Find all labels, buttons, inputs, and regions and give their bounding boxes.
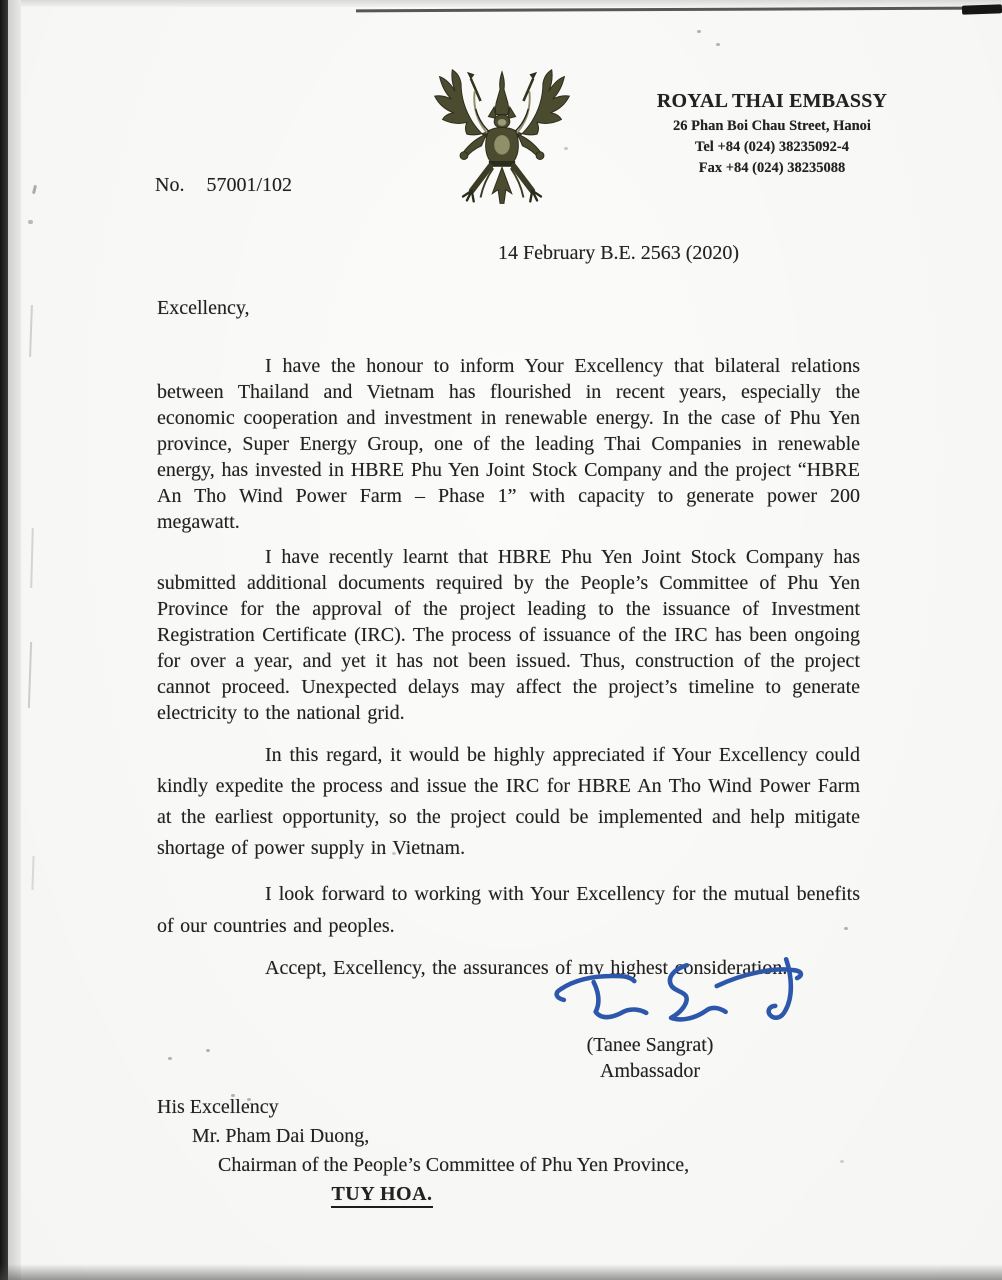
scan-artifact bbox=[247, 1098, 251, 1101]
scan-artifact-blob bbox=[962, 4, 1002, 14]
recipient-name: Mr. Pham Dai Duong, bbox=[192, 1125, 797, 1148]
scan-artifact bbox=[716, 43, 720, 46]
recipient-block: His Excellency Mr. Pham Dai Duong, Chair… bbox=[157, 1096, 797, 1206]
scan-artifact bbox=[231, 1094, 235, 1097]
salutation: Excellency, bbox=[157, 295, 250, 321]
scan-edge-top bbox=[0, 0, 1002, 7]
scanned-letter: ROYAL THAI EMBASSY 26 Phan Boi Chau Stre… bbox=[0, 0, 1002, 1280]
scan-artifact bbox=[844, 927, 848, 930]
scan-artifact bbox=[168, 1057, 172, 1060]
body-paragraph-2: I have recently learnt that HBRE Phu Yen… bbox=[157, 544, 860, 726]
embassy-fax: Fax +84 (024) 38235088 bbox=[647, 158, 897, 179]
scan-edge-left-gray bbox=[8, 0, 21, 1280]
reference-label: No. bbox=[155, 174, 184, 196]
reference-line: No.57001/102 bbox=[155, 172, 292, 198]
scan-artifact bbox=[840, 1160, 844, 1163]
signatory-name: (Tanee Sangrat) bbox=[540, 1032, 760, 1058]
body-paragraph-4: I look forward to working with Your Exce… bbox=[157, 878, 860, 942]
recipient-honorific: His Excellency bbox=[157, 1096, 797, 1119]
scan-artifact bbox=[206, 1049, 210, 1052]
date-line: 14 February B.E. 2563 (2020) bbox=[498, 240, 739, 266]
scan-artifact bbox=[564, 147, 568, 150]
letterhead: ROYAL THAI EMBASSY 26 Phan Boi Chau Stre… bbox=[647, 90, 897, 179]
recipient-city: TUY HOA. bbox=[157, 1183, 607, 1206]
signature-image bbox=[548, 956, 806, 1034]
reference-number: 57001/102 bbox=[206, 174, 292, 196]
thai-garuda-emblem-icon bbox=[424, 64, 580, 214]
signatory-title: Ambassador bbox=[540, 1058, 760, 1084]
signature-block: (Tanee Sangrat) Ambassador bbox=[540, 1032, 760, 1084]
scan-artifact bbox=[697, 30, 701, 33]
body-paragraph-3: In this regard, it would be highly appre… bbox=[157, 740, 860, 864]
recipient-title: Chairman of the People’s Committee of Ph… bbox=[218, 1154, 797, 1177]
scan-edge-bottom bbox=[0, 1264, 1002, 1280]
scan-artifact bbox=[392, 852, 396, 855]
scan-artifact bbox=[28, 220, 33, 224]
embassy-address: 26 Phan Boi Chau Street, Hanoi bbox=[647, 116, 897, 137]
body-paragraph-1: I have the honour to inform Your Excelle… bbox=[157, 353, 860, 535]
embassy-tel: Tel +84 (024) 38235092-4 bbox=[647, 137, 897, 158]
embassy-name: ROYAL THAI EMBASSY bbox=[647, 90, 897, 113]
scan-edge-left bbox=[0, 0, 8, 1280]
